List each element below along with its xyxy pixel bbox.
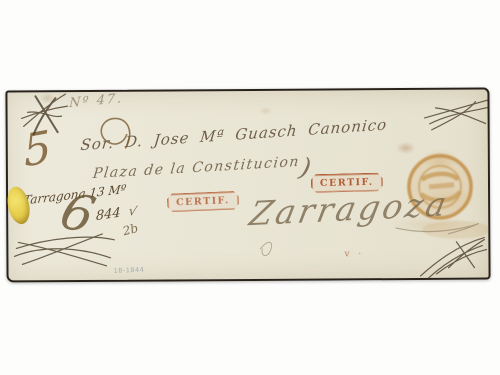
certif-handstamp-right: CERTIF. [311, 173, 383, 193]
corner-flourish-top-right [424, 100, 488, 130]
registry-number: Nº 47. [69, 91, 124, 111]
rate-note: 2b [121, 221, 139, 238]
postal-cover: Nº 47. 5 Sor. D. Jose Mª Guasch Canonico… [5, 88, 490, 283]
wax-seal [4, 185, 33, 227]
tick-mark: √ [127, 204, 138, 220]
photo-background: Nº 47. 5 Sor. D. Jose Mª Guasch Canonico… [0, 0, 500, 375]
address-line-2: Plaza de la Constitucion [92, 154, 301, 182]
porte-mark-5: 5 [22, 121, 53, 177]
corner-flourish-bottom-right [420, 238, 486, 278]
small-red-mark: v · [344, 249, 364, 259]
pencil-catalog-note: 18-1844 [113, 266, 144, 275]
origin-year: 844 [96, 205, 121, 224]
certif-handstamp-left: CERTIF. [167, 191, 239, 212]
address-line-1: Sor. D. Jose Mª Guasch Canonico [80, 115, 388, 154]
